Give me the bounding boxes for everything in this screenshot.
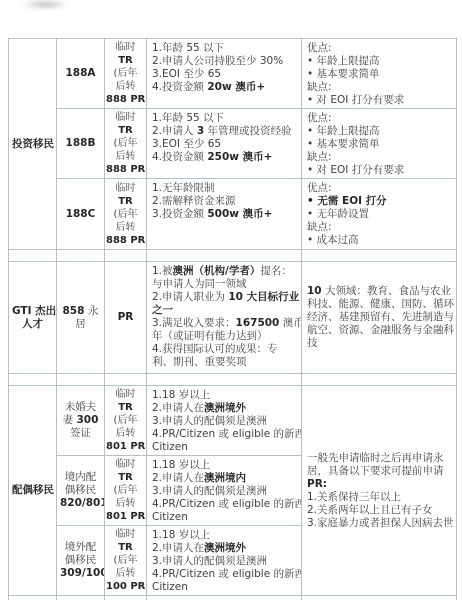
text-segment: 2.申请人在 — [152, 472, 204, 484]
text-segment: 澳洲境内 — [204, 472, 246, 484]
text-segment: TR — [118, 542, 133, 553]
text-segment: 3.申请人的配偶须是澳洲 — [152, 485, 267, 497]
text-segment: 167500 — [236, 317, 280, 329]
cell-visa-820-801: 境内配偶移民820/801 — [57, 456, 105, 526]
text-segment: 签证 — [70, 427, 91, 439]
text-segment: Citizen — [152, 511, 188, 523]
text-segment: 后转 — [116, 428, 136, 439]
separator-cell — [147, 596, 302, 600]
text-segment: 临时 — [116, 529, 136, 540]
text-segment: 技 — [307, 337, 318, 349]
text-segment: 优点: — [307, 112, 332, 124]
text-segment: 临时 — [116, 459, 136, 470]
text-segment: 后转 — [116, 568, 136, 579]
text-segment: (后年 — [114, 485, 138, 496]
text-segment: 经济、基建预留有、先进制造与 — [307, 311, 454, 323]
table-row — [9, 374, 457, 386]
text-segment: 偶移民 — [65, 554, 97, 566]
text-segment: 澳洲境外 — [204, 402, 246, 414]
table-row: 配偶移民未婚夫妻 300签证临时TR(后年后转801 PR)1.18 岁以上2.… — [9, 386, 457, 456]
cell-status-309-100: 临时TR(后年后转100 PR) — [105, 526, 147, 596]
text-segment: • 基本要求简单 — [307, 68, 380, 80]
table-body: 投资移民188A临时TR(后年后转888 PR)1.年龄 55 以下2.申请人公… — [9, 39, 457, 600]
text-segment: 500w 澳币+ — [207, 208, 272, 220]
separator-cell — [57, 250, 105, 262]
text-segment: 4.PR/Citizen 或 eligible 的新西兰 — [152, 568, 302, 580]
text-segment: 后转 — [116, 222, 136, 233]
text-segment: TR — [118, 402, 133, 413]
text-segment: 与申请人为同一领域 — [152, 278, 247, 290]
text-segment: 澳币/ — [279, 317, 301, 329]
separator-cell — [57, 596, 105, 600]
text-segment: • 无需 EOI 打分 — [307, 195, 387, 207]
text-segment: 境外配 — [65, 541, 97, 553]
cell-visa-858: 858 永居 — [57, 262, 105, 374]
text-segment: • 对 EOI 打分有要求 — [307, 94, 404, 106]
text-segment: 3.EOI 至少 65 — [152, 138, 221, 150]
separator-cell — [105, 596, 147, 600]
watermark-smudge — [22, 0, 68, 9]
text-segment: 优点: — [307, 42, 332, 54]
cell-notes-858: 10 大领域：教育、食品与农业科技、能源、健康、国防、循环经济、基建预留有、先进… — [302, 262, 457, 374]
text-segment: 3.家庭暴力或者担保人因病去世 — [307, 517, 454, 529]
text-segment: (后年 — [114, 415, 138, 426]
visa-comparison-table: 投资移民188A临时TR(后年后转888 PR)1.年龄 55 以下2.申请人公… — [8, 38, 457, 600]
text-segment: TR — [118, 55, 133, 66]
cell-category-investment: 投资移民 — [9, 39, 57, 250]
text-segment: 309/100 — [60, 567, 105, 579]
text-segment: (后年 — [114, 68, 138, 79]
text-segment: 投资移民 — [12, 138, 54, 150]
text-segment: • 无年龄设置 — [307, 208, 369, 220]
text-segment: 未婚夫 — [65, 401, 97, 413]
text-segment: 888 PR) — [106, 164, 147, 175]
text-segment: 1.18 岁以上 — [152, 389, 210, 401]
cell-notes-188b: 优点:• 年龄上限提高• 基本要求简单缺点:• 对 EOI 打分有要求 — [302, 109, 457, 179]
cell-status-188c: 临时TR(后年后转888 PR) — [105, 179, 147, 250]
text-segment: PR — [118, 311, 134, 323]
text-segment: 大领域：教育、食品与农业 — [322, 285, 451, 297]
text-segment: 妻 — [63, 414, 77, 426]
text-segment: 缺点: — [307, 151, 332, 163]
text-segment: 300 — [76, 414, 98, 426]
text-segment: 境内配 — [65, 471, 97, 483]
text-segment: 188B — [66, 137, 96, 149]
text-segment: 250w 澳币+ — [207, 151, 272, 163]
separator-cell — [302, 250, 457, 262]
text-segment: 缺点: — [307, 81, 332, 93]
cell-visa-188c: 188C — [57, 179, 105, 250]
text-segment: 3.EOI 至少 65 — [152, 68, 221, 80]
text-segment: 缺点: — [307, 221, 332, 233]
text-segment: 2.申请人公司持股至少 30% — [152, 55, 283, 67]
text-segment: 801 PR) — [106, 511, 147, 522]
text-segment: • 年龄上限提高 — [307, 55, 380, 67]
separator-cell — [57, 374, 105, 386]
text-segment: 10 大目标行业 — [228, 291, 299, 303]
text-segment: 后转 — [116, 498, 136, 509]
separator-cell — [105, 250, 147, 262]
text-segment: • 年龄上限提高 — [307, 125, 380, 137]
text-segment: 1.18 岁以上 — [152, 529, 210, 541]
separator-cell — [147, 250, 302, 262]
table-row: 188B临时TR(后年后转888 PR)1.年龄 55 以下2.申请人 3 年管… — [9, 109, 457, 179]
text-segment: 1.无年龄限制 — [152, 182, 215, 194]
text-segment: (后年 — [114, 209, 138, 220]
cell-notes-188a: 优点:• 年龄上限提高• 基本要求简单缺点:• 对 EOI 打分有要求 — [302, 39, 457, 109]
text-segment: 航空、资源、金融服务与金融科 — [307, 324, 454, 336]
text-segment: 3.满足收入要求： — [152, 317, 236, 329]
table-row: 投资移民188A临时TR(后年后转888 PR)1.年龄 55 以下2.申请人公… — [9, 39, 457, 109]
text-segment: 之一 — [152, 304, 173, 316]
text-segment: (后年 — [114, 555, 138, 566]
text-segment: TR — [118, 196, 133, 207]
text-segment: 2.申请人在 — [152, 542, 204, 554]
text-segment: • 基本要求简单 — [307, 138, 380, 150]
text-segment: Citizen — [152, 581, 188, 593]
text-segment: 居 — [75, 318, 86, 330]
cell-conditions-188a: 1.年龄 55 以下2.申请人公司持股至少 30%3.EOI 至少 654.投资… — [147, 39, 302, 109]
text-segment: 2.需解释资金来源 — [152, 195, 236, 207]
text-segment: 888 PR) — [106, 94, 147, 105]
text-segment: 临时 — [116, 389, 136, 400]
text-segment: 4.获得国际认可的成果：专 — [152, 343, 278, 355]
text-segment: 4.投资金额 — [152, 81, 207, 93]
text-segment: 配偶移民 — [12, 484, 54, 496]
text-segment: 科技、能源、健康、国防、循环 — [307, 298, 454, 310]
table-row: GTI 杰出人才858 永居PR1.被澳洲（机构/学者）提名：与申请人为同一领域… — [9, 262, 457, 374]
text-segment: 年（或证明有能力达到） — [152, 330, 268, 342]
text-segment: 临时 — [116, 183, 136, 194]
text-segment: (后年 — [114, 138, 138, 149]
text-segment: 2.申请人在 — [152, 402, 204, 414]
separator-cell — [302, 596, 457, 600]
text-segment: 100 PR) — [106, 581, 147, 592]
text-segment: • 对 EOI 打分有要求 — [307, 164, 404, 176]
text-segment: 永 — [88, 305, 99, 317]
text-segment: 188C — [66, 208, 96, 220]
text-segment: 后转 — [116, 81, 136, 92]
cell-conditions-300: 1.18 岁以上2.申请人在澳洲境外3.申请人的配偶须是澳洲4.PR/Citiz… — [147, 386, 302, 456]
cell-notes-188c: 优点:• 无需 EOI 打分• 无年龄设置缺点:• 成本过高 — [302, 179, 457, 250]
text-segment: • 成本过高 — [307, 234, 359, 246]
separator-cell — [9, 596, 57, 600]
text-segment: 4.PR/Citizen 或 eligible 的新西兰 — [152, 428, 302, 440]
text-segment: 801 PR) — [106, 441, 147, 452]
text-segment: TR — [118, 125, 133, 136]
text-segment: 1.被 — [152, 265, 173, 277]
text-segment: 1.年龄 55 以下 — [152, 42, 224, 54]
separator-cell — [9, 374, 57, 386]
cell-visa-300: 未婚夫妻 300签证 — [57, 386, 105, 456]
separator-cell — [147, 374, 302, 386]
text-segment: PR: — [307, 478, 327, 490]
text-segment: 2.申请人职业为 — [152, 291, 228, 303]
text-segment: 3.申请人的配偶须是澳洲 — [152, 415, 267, 427]
cell-conditions-858: 1.被澳洲（机构/学者）提名：与申请人为同一领域2.申请人职业为 10 大目标行… — [147, 262, 302, 374]
cell-status-300: 临时TR(后年后转801 PR) — [105, 386, 147, 456]
text-segment: 4.投资金额 — [152, 151, 207, 163]
cell-notes-partner: 一般先申请临时之后再申请永居，具备以下要求可提前申请PR:1.关系保持三年以上2… — [302, 386, 457, 596]
table-row — [9, 250, 457, 262]
table-row: 188C临时TR(后年后转888 PR)1.无年龄限制2.需解释资金来源3.投资… — [9, 179, 457, 250]
cell-conditions-820-801: 1.18 岁以上2.申请人在澳洲境内3.申请人的配偶须是澳洲4.PR/Citiz… — [147, 456, 302, 526]
cell-status-858: PR — [105, 262, 147, 374]
text-segment: 10 — [307, 285, 322, 297]
text-segment: 2.关系两年以上且已有子女 — [307, 504, 433, 516]
text-segment: 一般先申请临时之后再申请永 — [307, 452, 444, 464]
text-segment: 人才 — [22, 318, 43, 330]
separator-cell — [105, 374, 147, 386]
cell-conditions-188c: 1.无年龄限制2.需解释资金来源3.投资金额 500w 澳币+ — [147, 179, 302, 250]
text-segment: 后转 — [116, 151, 136, 162]
text-segment: GTI 杰出 — [12, 305, 56, 317]
cell-conditions-309-100: 1.18 岁以上2.申请人在澳洲境外3.申请人的配偶须是澳洲4.PR/Citiz… — [147, 526, 302, 596]
text-segment: 820/801 — [60, 497, 105, 509]
text-segment: 3.申请人的配偶须是澳洲 — [152, 555, 267, 567]
separator-cell — [9, 250, 57, 262]
cell-conditions-188b: 1.年龄 55 以下2.申请人 3 年管理或投资经验3.EOI 至少 654.投… — [147, 109, 302, 179]
text-segment: TR — [118, 472, 133, 483]
text-segment: 偶移民 — [65, 484, 97, 496]
text-segment: 居，具备以下要求可提前申请 — [307, 465, 444, 477]
cell-visa-188a: 188A — [57, 39, 105, 109]
text-segment: 年管理或投资经验 — [204, 125, 291, 137]
separator-cell — [302, 374, 457, 386]
cell-category-partner: 配偶移民 — [9, 386, 57, 596]
text-segment: 3.投资金额 — [152, 208, 207, 220]
cell-status-188a: 临时TR(后年后转888 PR) — [105, 39, 147, 109]
cell-status-188b: 临时TR(后年后转888 PR) — [105, 109, 147, 179]
text-segment: 澳洲境外 — [204, 542, 246, 554]
text-segment: 优点: — [307, 182, 332, 194]
text-segment: 1.关系保持三年以上 — [307, 491, 401, 503]
text-segment: 888 PR) — [106, 235, 147, 246]
text-segment: 临时 — [116, 112, 136, 123]
cell-category-gti: GTI 杰出人才 — [9, 262, 57, 374]
cell-status-820-801: 临时TR(后年后转801 PR) — [105, 456, 147, 526]
text-segment: 利、期刊、重要奖项 — [152, 356, 247, 368]
text-segment: 188A — [65, 67, 95, 79]
cell-visa-309-100: 境外配偶移民309/100 — [57, 526, 105, 596]
text-segment: 提名： — [260, 265, 292, 277]
text-segment: Citizen — [152, 441, 188, 453]
text-segment: 4.PR/Citizen 或 eligible 的新西兰 — [152, 498, 302, 510]
text-segment: 20w 澳币+ — [207, 81, 265, 93]
cell-visa-188b: 188B — [57, 109, 105, 179]
text-segment: 临时 — [116, 42, 136, 53]
text-segment: 1.18 岁以上 — [152, 459, 210, 471]
text-segment: 2.申请人 — [152, 125, 197, 137]
text-segment: 1.年龄 55 以下 — [152, 112, 224, 124]
text-segment: 澳洲（机构/学者） — [173, 265, 261, 277]
text-segment: 858 — [62, 305, 88, 317]
table-row — [9, 596, 457, 600]
